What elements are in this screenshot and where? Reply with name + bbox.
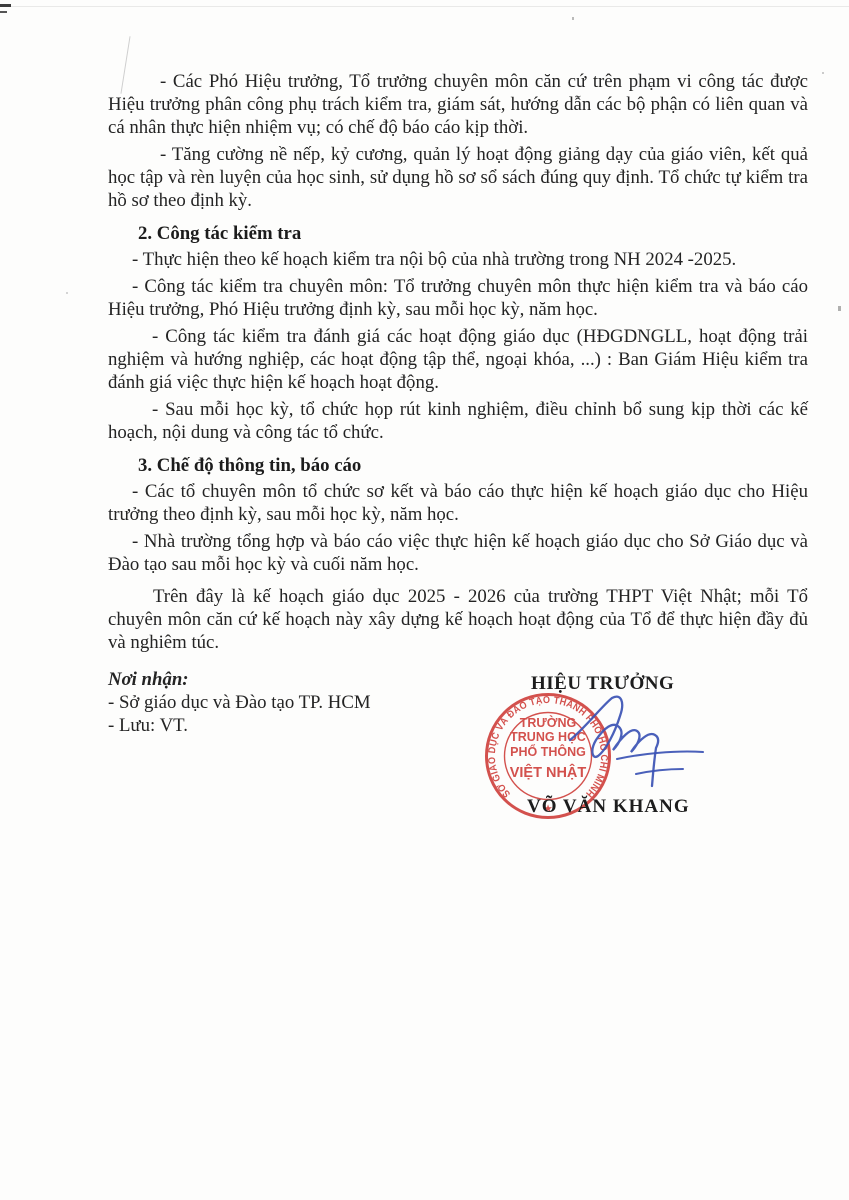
closing-paragraph: Trên đây là kế hoạch giáo dục 2025 - 202… — [108, 585, 808, 654]
document-body: - Các Phó Hiệu trưởng, Tổ trưởng chuyên … — [108, 70, 808, 737]
scan-artifact — [0, 6, 849, 7]
scan-artifact — [0, 4, 11, 7]
scan-artifact — [822, 72, 824, 74]
paragraph: - Các Phó Hiệu trưởng, Tổ trưởng chuyên … — [108, 70, 808, 139]
paragraph: - Thực hiện theo kế hoạch kiểm tra nội b… — [108, 248, 808, 271]
signer-title: HIỆU TRƯỞNG — [531, 673, 674, 695]
paragraph: - Tăng cường nề nếp, kỷ cương, quản lý h… — [108, 143, 808, 212]
handwritten-signature — [540, 688, 710, 798]
section-heading: 3. Chế độ thông tin, báo cáo — [138, 454, 808, 477]
scan-artifact — [838, 306, 841, 311]
paragraph: - Các tổ chuyên môn tổ chức sơ kết và bá… — [108, 480, 808, 526]
paragraph: - Công tác kiểm tra đánh giá các hoạt độ… — [108, 325, 808, 394]
scan-artifact — [572, 17, 574, 20]
paragraph: - Sau mỗi học kỳ, tổ chức họp rút kinh n… — [108, 398, 808, 444]
scanned-document-page: - Các Phó Hiệu trưởng, Tổ trưởng chuyên … — [0, 0, 849, 1200]
section-heading: 2. Công tác kiểm tra — [138, 222, 808, 245]
signer-name: VÕ VĂN KHANG — [527, 796, 690, 818]
paragraph: - Công tác kiểm tra chuyên môn: Tổ trưởn… — [108, 275, 808, 321]
paragraph: - Nhà trường tổng hợp và báo cáo việc th… — [108, 530, 808, 576]
scan-artifact — [66, 292, 68, 294]
scan-artifact — [0, 11, 7, 13]
